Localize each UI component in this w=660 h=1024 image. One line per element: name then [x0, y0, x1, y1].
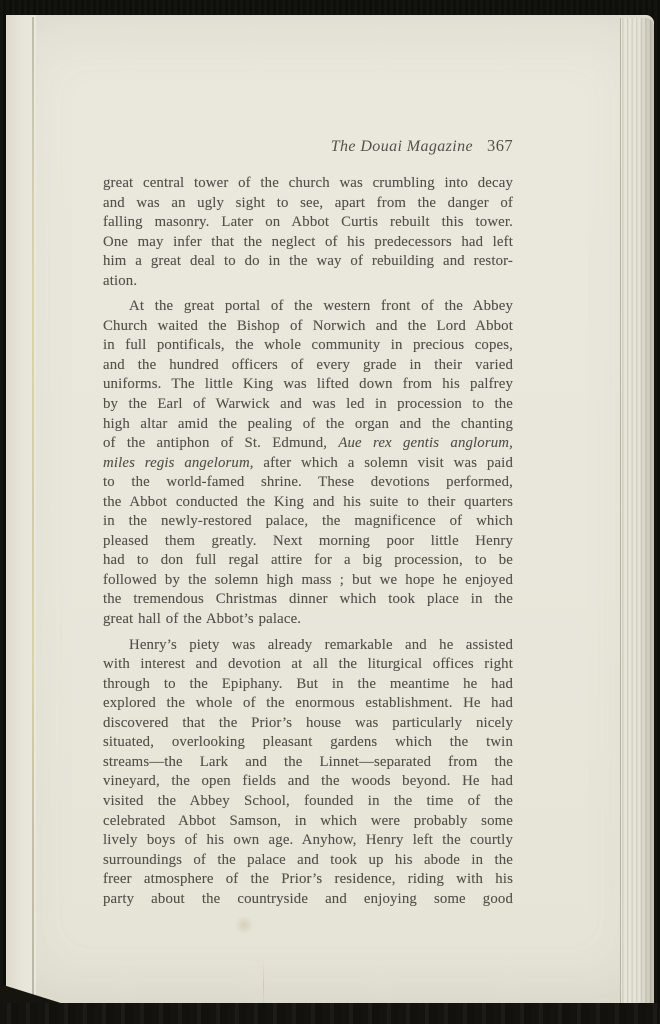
text-line: party about the countryside and enjoying… — [103, 890, 513, 910]
text-line: vineyard, the open fields and the woods … — [103, 772, 513, 792]
text-line: him a great deal to do in the way of reb… — [103, 252, 513, 272]
text-line: Henry’s piety was already remarkable and… — [103, 636, 513, 656]
text-line: and the hundred officers of every grade … — [103, 356, 513, 376]
text-line: discovered that the Prior’s house was pa… — [103, 714, 513, 734]
paragraph: great central tower of the church was cr… — [103, 174, 513, 291]
text-line: uniforms. The little King was lifted dow… — [103, 375, 513, 395]
text-line: ation. — [103, 272, 513, 292]
text-line: great central tower of the church was cr… — [103, 174, 513, 194]
text-line: falling masonry. Later on Abbot Curtis r… — [103, 213, 513, 233]
text-line: lively boys of his own age. Anyhow, Henr… — [103, 831, 513, 851]
text-line: miles regis angelorum, after which a sol… — [103, 454, 513, 474]
text-line: pleased them greatly. Next morning poor … — [103, 532, 513, 552]
magazine-title: The Douai Magazine — [331, 138, 473, 155]
text-block: great central tower of the church was cr… — [103, 174, 513, 909]
text-line: streams—the Lark and the Linnet—separate… — [103, 753, 513, 773]
text-line: with interest and devotion at all the li… — [103, 655, 513, 675]
paper-stain — [234, 916, 254, 934]
book-page: The Douai Magazine367 great central towe… — [6, 15, 654, 1003]
paragraph: Henry’s piety was already remarkable and… — [103, 636, 513, 910]
book-photo: The Douai Magazine367 great central towe… — [0, 0, 660, 1024]
running-header: The Douai Magazine367 — [103, 136, 513, 156]
text-line: through to the Epiphany. But in the mean… — [103, 675, 513, 695]
text-line: Church waited the Bishop of Norwich and … — [103, 317, 513, 337]
text-line: the tremendous Christmas dinner which to… — [103, 590, 513, 610]
text-line: At the great portal of the western front… — [103, 297, 513, 317]
text-line: in the newly-restored palace, the magnif… — [103, 512, 513, 532]
text-line: to the world-famed shrine. These devotio… — [103, 473, 513, 493]
text-line: surroundings of the palace and took up h… — [103, 851, 513, 871]
text-line: celebrated Abbot Samson, in which were p… — [103, 812, 513, 832]
bottom-cover-band — [0, 1003, 660, 1024]
text-line: freer atmosphere of the Prior’s residenc… — [103, 870, 513, 890]
paragraph: At the great portal of the western front… — [103, 297, 513, 629]
text-line: explored the whole of the enormous estab… — [103, 694, 513, 714]
text-line: high altar amid the pealing of the organ… — [103, 415, 513, 435]
text-line: visited the Abbey School, founded in the… — [103, 792, 513, 812]
text-line: One may infer that the neglect of his pr… — [103, 233, 513, 253]
text-line: great hall of the Abbot’s palace. — [103, 610, 513, 630]
text-line: in full pontificals, the whole community… — [103, 336, 513, 356]
text-line: had to don full regal attire for a big p… — [103, 551, 513, 571]
text-line: by the Earl of Warwick and was led in pr… — [103, 395, 513, 415]
text-line: the Abbot conducted the King and his sui… — [103, 493, 513, 513]
right-page-edges — [620, 18, 654, 1003]
text-line: and was an ugly sight to see, apart from… — [103, 194, 513, 214]
text-line: of the antiphon of St. Edmund, Aue rex g… — [103, 434, 513, 454]
page-number: 367 — [487, 136, 513, 155]
left-leaf-crease — [32, 17, 34, 997]
text-line: situated, overlooking pleasant gardens w… — [103, 733, 513, 753]
text-line: followed by the solemn high mass ; but w… — [103, 571, 513, 591]
